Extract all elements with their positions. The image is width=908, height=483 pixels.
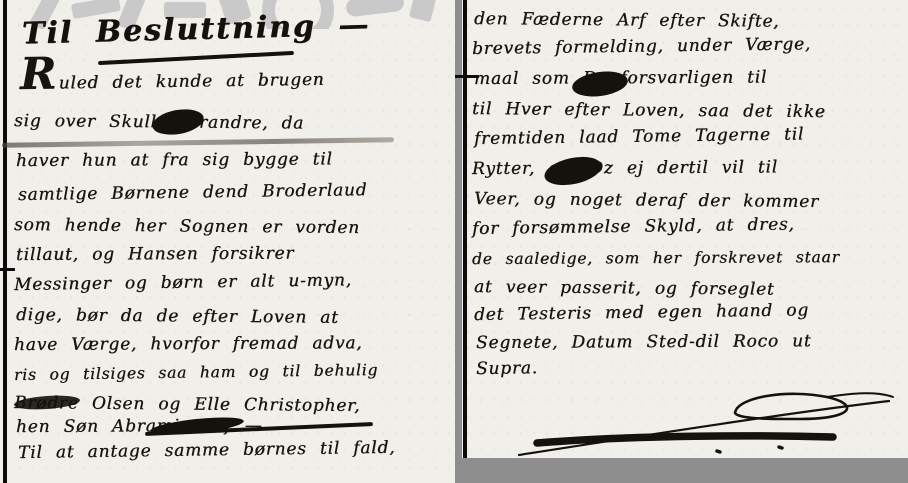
manuscript-line: den Fæderne Arf efter Skifte,: [474, 6, 780, 35]
manuscript-line: Messinger og børn er alt u-myn,: [14, 267, 352, 298]
margin-mark: [0, 268, 15, 271]
manuscript-line: Ruled det kunde at brugen: [20, 58, 325, 97]
manuscript-line: fremtiden laad Tome Tagerne til: [474, 121, 804, 152]
right-page: den Fæderne Arf efter Skifte, brevets fo…: [462, 0, 908, 458]
signature-flourish-svg: [517, 385, 897, 457]
manuscript-line: have Værge, hvorfor fremad adva,: [14, 330, 363, 358]
manuscript-line: tillaut, og Hansen forsikrer: [16, 241, 294, 268]
manuscript-line: de saaledige, som her forskrevet staar: [472, 244, 840, 272]
page-binding-line: [463, 0, 467, 458]
manuscript-closing: Supra.: [476, 355, 538, 382]
scanned-document-canvas: Til Besluttning — Ruled det kunde at bru…: [0, 0, 908, 483]
manuscript-line: dige, bør da de efter Loven at: [16, 302, 339, 331]
manuscript-line: som hende her Sognen er vorden: [14, 212, 360, 241]
left-page: Til Besluttning — Ruled det kunde at bru…: [0, 0, 455, 483]
manuscript-line: Rytter, om Dz ej dertil vil til: [472, 154, 778, 182]
manuscript-line: det Testeris med egen haand og: [474, 297, 809, 328]
signature-flourish: [517, 385, 897, 457]
manuscript-line: for forsømmelse Skyld, at dres,: [472, 211, 795, 242]
page-binding-line: [3, 0, 7, 483]
manuscript-line: ris og tilsiges saa ham og til behulig: [14, 357, 379, 388]
manuscript-line: Til at antage samme børnes til fald,: [18, 435, 396, 466]
manuscript-line: haver hun at fra sig bygge til: [16, 146, 333, 174]
manuscript-line: brevets formelding, under Værge,: [472, 31, 811, 62]
manuscript-line: til Hver efter Loven, saa det ikke: [472, 96, 826, 125]
manuscript-line: Segnete, Datum Sted-dil Roco ut: [476, 328, 812, 356]
watermark-fragment: [409, 0, 437, 22]
manuscript-line: samtlige Børnene dend Broderlaud: [18, 177, 368, 208]
manuscript-line: Veer, og noget deraf der kommer: [474, 186, 819, 215]
